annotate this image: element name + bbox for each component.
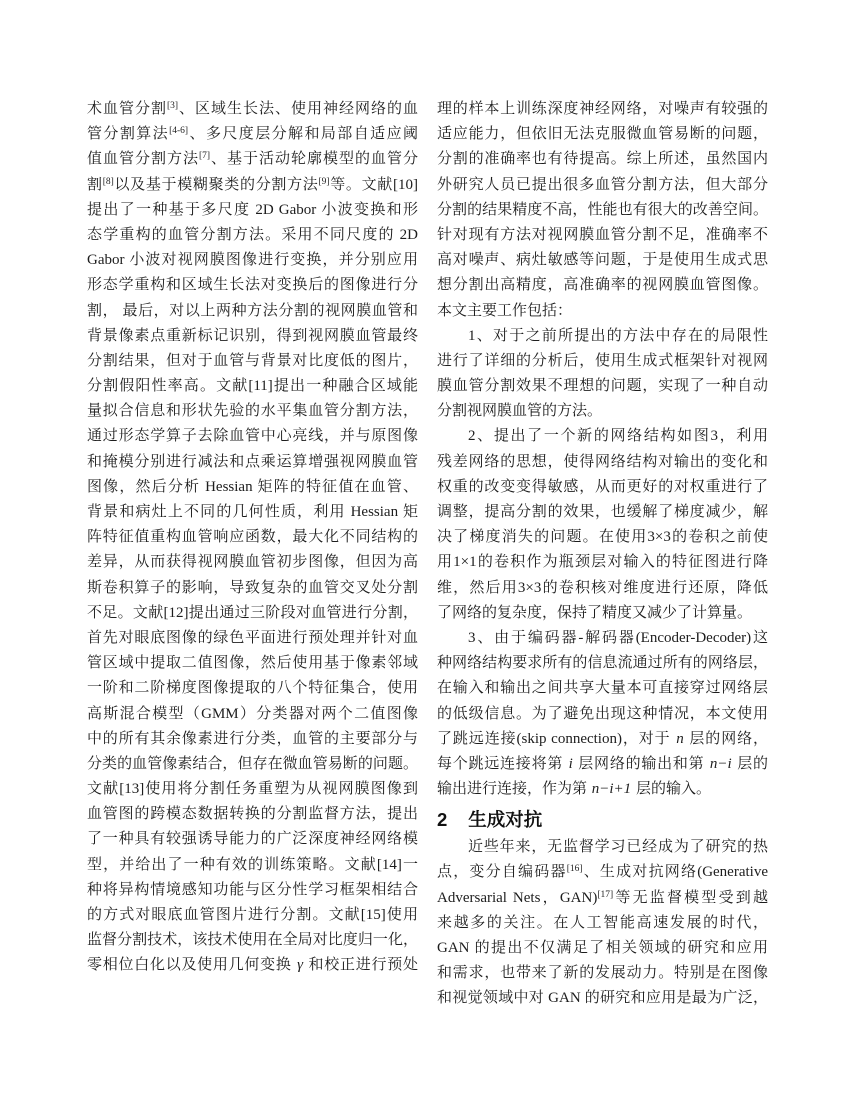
text-line: 一阶和二阶梯度图像提取的八个特征集合，使用 <box>87 676 418 701</box>
text-run: 每个跳远连接将第 <box>437 756 568 772</box>
text-run: 进行了详细的分析后，使用生成式框架针对视网 <box>437 353 768 369</box>
text-run: 近些年来，无监督学习已经成为了研究的热 <box>468 839 768 855</box>
text-line: 进行了详细的分析后，使用生成式框架针对视网 <box>437 349 768 374</box>
text-run: 通过形态学算子去除血管中心亮线，并与原图像 <box>87 428 418 444</box>
text-line: 外研究人员已提出很多血管分割方法，但大部分 <box>437 173 768 198</box>
text-run: 高对噪声、病灶敏感等问题，于是使用生成式思 <box>437 252 768 268</box>
text-line: 差异，从而获得视网膜血管初步图像，但因为高 <box>87 550 418 575</box>
text-run: 血管图的跨模态数据转换的分割监督方法，提出 <box>87 806 418 822</box>
text-line: 的方式对眼底血管图片进行分割。文献[15]使用 <box>87 903 418 928</box>
citation-sup: [9] <box>318 177 329 187</box>
text-run: 监督分割技术，该技术使用在全局对比度归一化， <box>87 932 418 948</box>
section-title: 生成对抗 <box>468 809 542 830</box>
text-line: 决了梯度消失的问题。在使用3×3的卷积之前使 <box>437 525 768 550</box>
text-line: 维，然后用3×3的卷积核对维度进行还原，降低 <box>437 576 768 601</box>
text-line: 管分割算法[4-6]、多尺度层分解和局部自适应阈 <box>87 122 418 147</box>
citation-sup: [8] <box>103 177 114 187</box>
text-run: 形态学重构和区域生长法对变换后的图像进行分 <box>87 277 418 293</box>
text-run: 值血管分割方法 <box>87 151 199 167</box>
text-line: 文献[13]使用将分割任务重塑为从视网膜图像到 <box>87 777 418 802</box>
text-run: 和校正进行预处 <box>304 957 418 973</box>
math-var: n−i <box>709 756 733 772</box>
text-line: 和需求，也带来了新的发展动力。特别是在图像 <box>437 961 768 986</box>
text-line: 点，变分自编码器[16]、生成对抗网络(Generative <box>437 860 768 885</box>
text-run: 提出了一种基于多尺度 2D Gabor 小波变换和形 <box>87 202 418 218</box>
text-run: 管区域中提取二值图像，然后使用基于像素邻域 <box>87 655 418 671</box>
text-run: 层的 <box>733 756 768 772</box>
text-run: 斯卷积算子的影响，导致复杂的血管交叉处分割 <box>87 580 418 596</box>
text-run: 分割结果，但对于血管与背景对比度低的图片， <box>87 353 418 369</box>
text-line: 近些年来，无监督学习已经成为了研究的热 <box>437 835 768 860</box>
text-run: 点，变分自编码器 <box>437 864 567 880</box>
text-run: 1、对于之前所提出的方法中存在的局限性 <box>468 328 768 344</box>
text-run: 分类的血管像素结合，但存在微血管易断的问题。 <box>87 756 418 772</box>
text-run: 背景和病灶上不同的几何性质，利用 Hessian 矩 <box>87 504 418 520</box>
text-line: 适应能力，但依旧无法克服微血管易断的问题， <box>437 122 768 147</box>
text-run: 残差网络的思想，使得网络结构对输出的变化和 <box>437 454 768 470</box>
citation-sup: [16] <box>567 864 583 874</box>
text-run: 一阶和二阶梯度图像提取的八个特征集合，使用 <box>87 680 418 696</box>
text-line: Adversarial Nets，GAN)[17]等无监督模型受到越 <box>437 886 768 911</box>
text-line: 种网络结构要求所有的信息流通过所有的网络层， <box>437 651 768 676</box>
text-run: 来越多的关注。在人工智能高速发展的时代， <box>437 915 768 931</box>
text-line: 态学重构的血管分割方法。采用不同尺度的 2D <box>87 223 418 248</box>
text-run: 层的网络， <box>685 731 768 747</box>
text-run: 以及基于模糊聚类的分割方法 <box>114 177 319 193</box>
text-line: 针对现有方法对视网膜血管分割不足，准确率不 <box>437 223 768 248</box>
text-run: 层网络的输出和第 <box>574 756 709 772</box>
text-line: 分类的血管像素结合，但存在微血管易断的问题。 <box>87 752 418 777</box>
text-run: 高斯混合模型（GMM）分类器对两个二值图像 <box>87 706 418 722</box>
text-run: 2、提出了一个新的网络结构如图3，利用 <box>468 428 768 444</box>
text-run: 和视觉领域中对 GAN 的研究和应用是最为广泛， <box>437 990 768 1006</box>
left-column: 术血管分割[3]、区域生长法、使用神经网络的血管分割算法[4-6]、多尺度层分解… <box>87 97 418 979</box>
text-line: 1、对于之前所提出的方法中存在的局限性 <box>437 324 768 349</box>
text-line: 分割结果，但对于血管与背景对比度低的图片， <box>87 349 418 374</box>
text-run: 和掩模分别进行减法和点乘运算增强视网膜血管 <box>87 454 418 470</box>
text-line: 和视觉领域中对 GAN 的研究和应用是最为广泛， <box>437 986 768 1011</box>
text-run: 想分割出高精度，高准确率的视网膜血管图像。 <box>437 277 768 293</box>
math-var: γ <box>296 957 304 973</box>
text-run: 针对现有方法对视网膜血管分割不足，准确率不 <box>437 227 768 243</box>
text-line: 了一种具有较强诱导能力的广泛深度神经网络模 <box>87 827 418 852</box>
text-line: 背景和病灶上不同的几何性质，利用 Hessian 矩 <box>87 500 418 525</box>
text-run: 等。文献[10] <box>330 177 418 193</box>
text-run: 差异，从而获得视网膜血管初步图像，但因为高 <box>87 554 418 570</box>
text-line: 和掩模分别进行减法和点乘运算增强视网膜血管 <box>87 450 418 475</box>
text-run: 的低级信息。为了避免出现这种情况，本文使用 <box>437 706 768 722</box>
text-run: 管分割算法 <box>87 126 169 142</box>
text-line: 阵特征值重构血管响应函数，最大化不同结构的 <box>87 525 418 550</box>
citation-sup: [7] <box>199 151 210 161</box>
text-line: 想分割出高精度，高准确率的视网膜血管图像。 <box>437 273 768 298</box>
text-run: 决了梯度消失的问题。在使用3×3的卷积之前使 <box>437 529 768 545</box>
text-run: 背景像素点重新标记识别，得到视网膜血管最终 <box>87 328 418 344</box>
paper-page: 术血管分割[3]、区域生长法、使用神经网络的血管分割算法[4-6]、多尺度层分解… <box>0 0 850 1100</box>
text-line: 割， 最后，对以上两种方法分割的视网膜血管和 <box>87 299 418 324</box>
text-line: 种将异构情境感知功能与区分性学习框架相结合 <box>87 878 418 903</box>
text-line: 型，并给出了一种有效的训练策略。文献[14]一 <box>87 853 418 878</box>
text-run: 、区域生长法、使用神经网络的血 <box>178 101 418 117</box>
text-line: 的低级信息。为了避免出现这种情况，本文使用 <box>437 702 768 727</box>
text-line: 通过形态学算子去除血管中心亮线，并与原图像 <box>87 424 418 449</box>
text-run: 了网络的复杂度，保持了精度又减少了计算量。 <box>437 605 752 621</box>
text-line: 中的所有其余像素进行分类，血管的主要部分与 <box>87 727 418 752</box>
text-line: 不足。文献[12]提出通过三阶段对血管进行分割， <box>87 601 418 626</box>
text-line: 血管图的跨模态数据转换的分割监督方法，提出 <box>87 802 418 827</box>
text-line: 分割视网膜血管的方法。 <box>437 399 768 424</box>
text-run: 权重的改变变得敏感，从而更好的对权重进行了 <box>437 479 768 495</box>
text-line: 来越多的关注。在人工智能高速发展的时代， <box>437 911 768 936</box>
text-run: 分割的结果精度不高，性能也有很大的改善空间。 <box>437 202 768 218</box>
text-run: 零相位白化以及使用几何变换 <box>87 957 296 973</box>
text-line: Gabor 小波对视网膜图像进行变换，并分别应用 <box>87 248 418 273</box>
text-run: 外研究人员已提出很多血管分割方法，但大部分 <box>437 177 768 193</box>
text-run: 了跳远连接(skip connection)，对于 <box>437 731 675 747</box>
text-line: 残差网络的思想，使得网络结构对输出的变化和 <box>437 450 768 475</box>
text-line: 分割的结果精度不高，性能也有很大的改善空间。 <box>437 198 768 223</box>
text-line: 斯卷积算子的影响，导致复杂的血管交叉处分割 <box>87 576 418 601</box>
text-run: 调整，提高分割的效果，也缓解了梯度减少，解 <box>437 504 768 520</box>
text-run: 分割的准确率也有待提高。综上所述，虽然国内 <box>437 151 768 167</box>
text-run: 首先对眼底图像的绿色平面进行预处理并针对血 <box>87 630 418 646</box>
citation-sup: [17] <box>597 890 613 900</box>
text-line: 调整，提高分割的效果，也缓解了梯度减少，解 <box>437 500 768 525</box>
text-run: 、生成对抗网络(Generative <box>583 864 768 880</box>
text-line: 割[8]以及基于模糊聚类的分割方法[9]等。文献[10] <box>87 173 418 198</box>
text-run: 、基于活动轮廓模型的血管分 <box>210 151 418 167</box>
text-line: 了网络的复杂度，保持了精度又减少了计算量。 <box>437 601 768 626</box>
text-run: 用1×1的卷积作为瓶颈层对输入的特征图进行降 <box>437 554 768 570</box>
text-run: 膜血管分割效果不理想的问题，实现了一种自动 <box>437 378 768 394</box>
text-line: 首先对眼底图像的绿色平面进行预处理并针对血 <box>87 626 418 651</box>
text-run: GAN 的提出不仅满足了相关领域的研究和应用 <box>437 940 768 956</box>
text-run: 层的输入。 <box>632 781 711 797</box>
text-line: 权重的改变变得敏感，从而更好的对权重进行了 <box>437 475 768 500</box>
text-line: 背景像素点重新标记识别，得到视网膜血管最终 <box>87 324 418 349</box>
text-line: 分割假阳性率高。文献[11]提出一种融合区域能 <box>87 374 418 399</box>
text-line: 高斯混合模型（GMM）分类器对两个二值图像 <box>87 702 418 727</box>
text-line: 了跳远连接(skip connection)，对于 n 层的网络， <box>437 727 768 752</box>
text-run: 割， 最后，对以上两种方法分割的视网膜血管和 <box>87 303 418 319</box>
text-run: 割 <box>87 177 103 193</box>
text-line: 监督分割技术，该技术使用在全局对比度归一化， <box>87 928 418 953</box>
text-run: 适应能力，但依旧无法克服微血管易断的问题， <box>437 126 768 142</box>
text-run: 种网络结构要求所有的信息流通过所有的网络层， <box>437 655 768 671</box>
text-run: Gabor 小波对视网膜图像进行变换，并分别应用 <box>87 252 418 268</box>
text-run: 本文主要工作包括： <box>437 303 572 319</box>
text-run: 分割视网膜血管的方法。 <box>437 403 602 419</box>
text-line: 值血管分割方法[7]、基于活动轮廓模型的血管分 <box>87 147 418 172</box>
text-line: 3、由于编码器-解码器(Encoder-Decoder)这 <box>437 626 768 651</box>
text-line: 形态学重构和区域生长法对变换后的图像进行分 <box>87 273 418 298</box>
math-var: n−i+1 <box>591 781 632 797</box>
text-run: 了一种具有较强诱导能力的广泛深度神经网络模 <box>87 831 418 847</box>
section-heading: 2生成对抗 <box>437 805 768 835</box>
text-run: Adversarial Nets，GAN) <box>437 890 597 906</box>
text-line: 本文主要工作包括： <box>437 299 768 324</box>
text-line: 量拟合信息和形状先验的水平集血管分割方法， <box>87 399 418 424</box>
text-line: 术血管分割[3]、区域生长法、使用神经网络的血 <box>87 97 418 122</box>
text-line: 在输入和输出之间共享大量本可直接穿过网络层 <box>437 676 768 701</box>
section-number: 2 <box>437 809 447 830</box>
text-run: 理的样本上训练深度神经网络，对噪声有较强的 <box>437 101 768 117</box>
text-line: 输出进行连接，作为第 n−i+1 层的输入。 <box>437 777 768 802</box>
text-run: 3、由于编码器-解码器(Encoder-Decoder)这 <box>468 630 768 646</box>
text-line: GAN 的提出不仅满足了相关领域的研究和应用 <box>437 936 768 961</box>
text-run: 、多尺度层分解和局部自适应阈 <box>188 126 418 142</box>
text-line: 2、提出了一个新的网络结构如图3，利用 <box>437 424 768 449</box>
text-run: 分割假阳性率高。文献[11]提出一种融合区域能 <box>87 378 418 394</box>
text-run: 图像，然后分析 Hessian 矩阵的特征值在血管、 <box>87 479 418 495</box>
text-line: 理的样本上训练深度神经网络，对噪声有较强的 <box>437 97 768 122</box>
text-run: 在输入和输出之间共享大量本可直接穿过网络层 <box>437 680 768 696</box>
citation-sup: [3] <box>167 101 178 111</box>
text-run: 维，然后用3×3的卷积核对维度进行还原，降低 <box>437 580 768 596</box>
text-run: 输出进行连接，作为第 <box>437 781 591 797</box>
text-line: 高对噪声、病灶敏感等问题，于是使用生成式思 <box>437 248 768 273</box>
text-line: 零相位白化以及使用几何变换 γ 和校正进行预处 <box>87 953 418 978</box>
text-line: 提出了一种基于多尺度 2D Gabor 小波变换和形 <box>87 198 418 223</box>
text-run: 不足。文献[12]提出通过三阶段对血管进行分割， <box>87 605 418 621</box>
text-run: 中的所有其余像素进行分类，血管的主要部分与 <box>87 731 418 747</box>
text-run: 态学重构的血管分割方法。采用不同尺度的 2D <box>87 227 418 243</box>
right-column: 理的样本上训练深度神经网络，对噪声有较强的适应能力，但依旧无法克服微血管易断的问… <box>437 97 768 1012</box>
text-line: 每个跳远连接将第 i 层网络的输出和第 n−i 层的 <box>437 752 768 777</box>
text-line: 膜血管分割效果不理想的问题，实现了一种自动 <box>437 374 768 399</box>
text-run: 阵特征值重构血管响应函数，最大化不同结构的 <box>87 529 418 545</box>
text-line: 分割的准确率也有待提高。综上所述，虽然国内 <box>437 147 768 172</box>
text-run: 种将异构情境感知功能与区分性学习框架相结合 <box>87 882 418 898</box>
text-run: 术血管分割 <box>87 101 167 117</box>
math-var: n <box>675 731 685 747</box>
text-line: 图像，然后分析 Hessian 矩阵的特征值在血管、 <box>87 475 418 500</box>
text-run: 等无监督模型受到越 <box>613 890 768 906</box>
text-run: 型，并给出了一种有效的训练策略。文献[14]一 <box>87 857 418 873</box>
text-run: 量拟合信息和形状先验的水平集血管分割方法， <box>87 403 418 419</box>
text-line: 管区域中提取二值图像，然后使用基于像素邻域 <box>87 651 418 676</box>
text-run: 和需求，也带来了新的发展动力。特别是在图像 <box>437 965 768 981</box>
text-run: 文献[13]使用将分割任务重塑为从视网膜图像到 <box>87 781 418 797</box>
text-line: 用1×1的卷积作为瓶颈层对输入的特征图进行降 <box>437 550 768 575</box>
citation-sup: [4-6] <box>169 126 188 136</box>
text-run: 的方式对眼底血管图片进行分割。文献[15]使用 <box>87 907 418 923</box>
